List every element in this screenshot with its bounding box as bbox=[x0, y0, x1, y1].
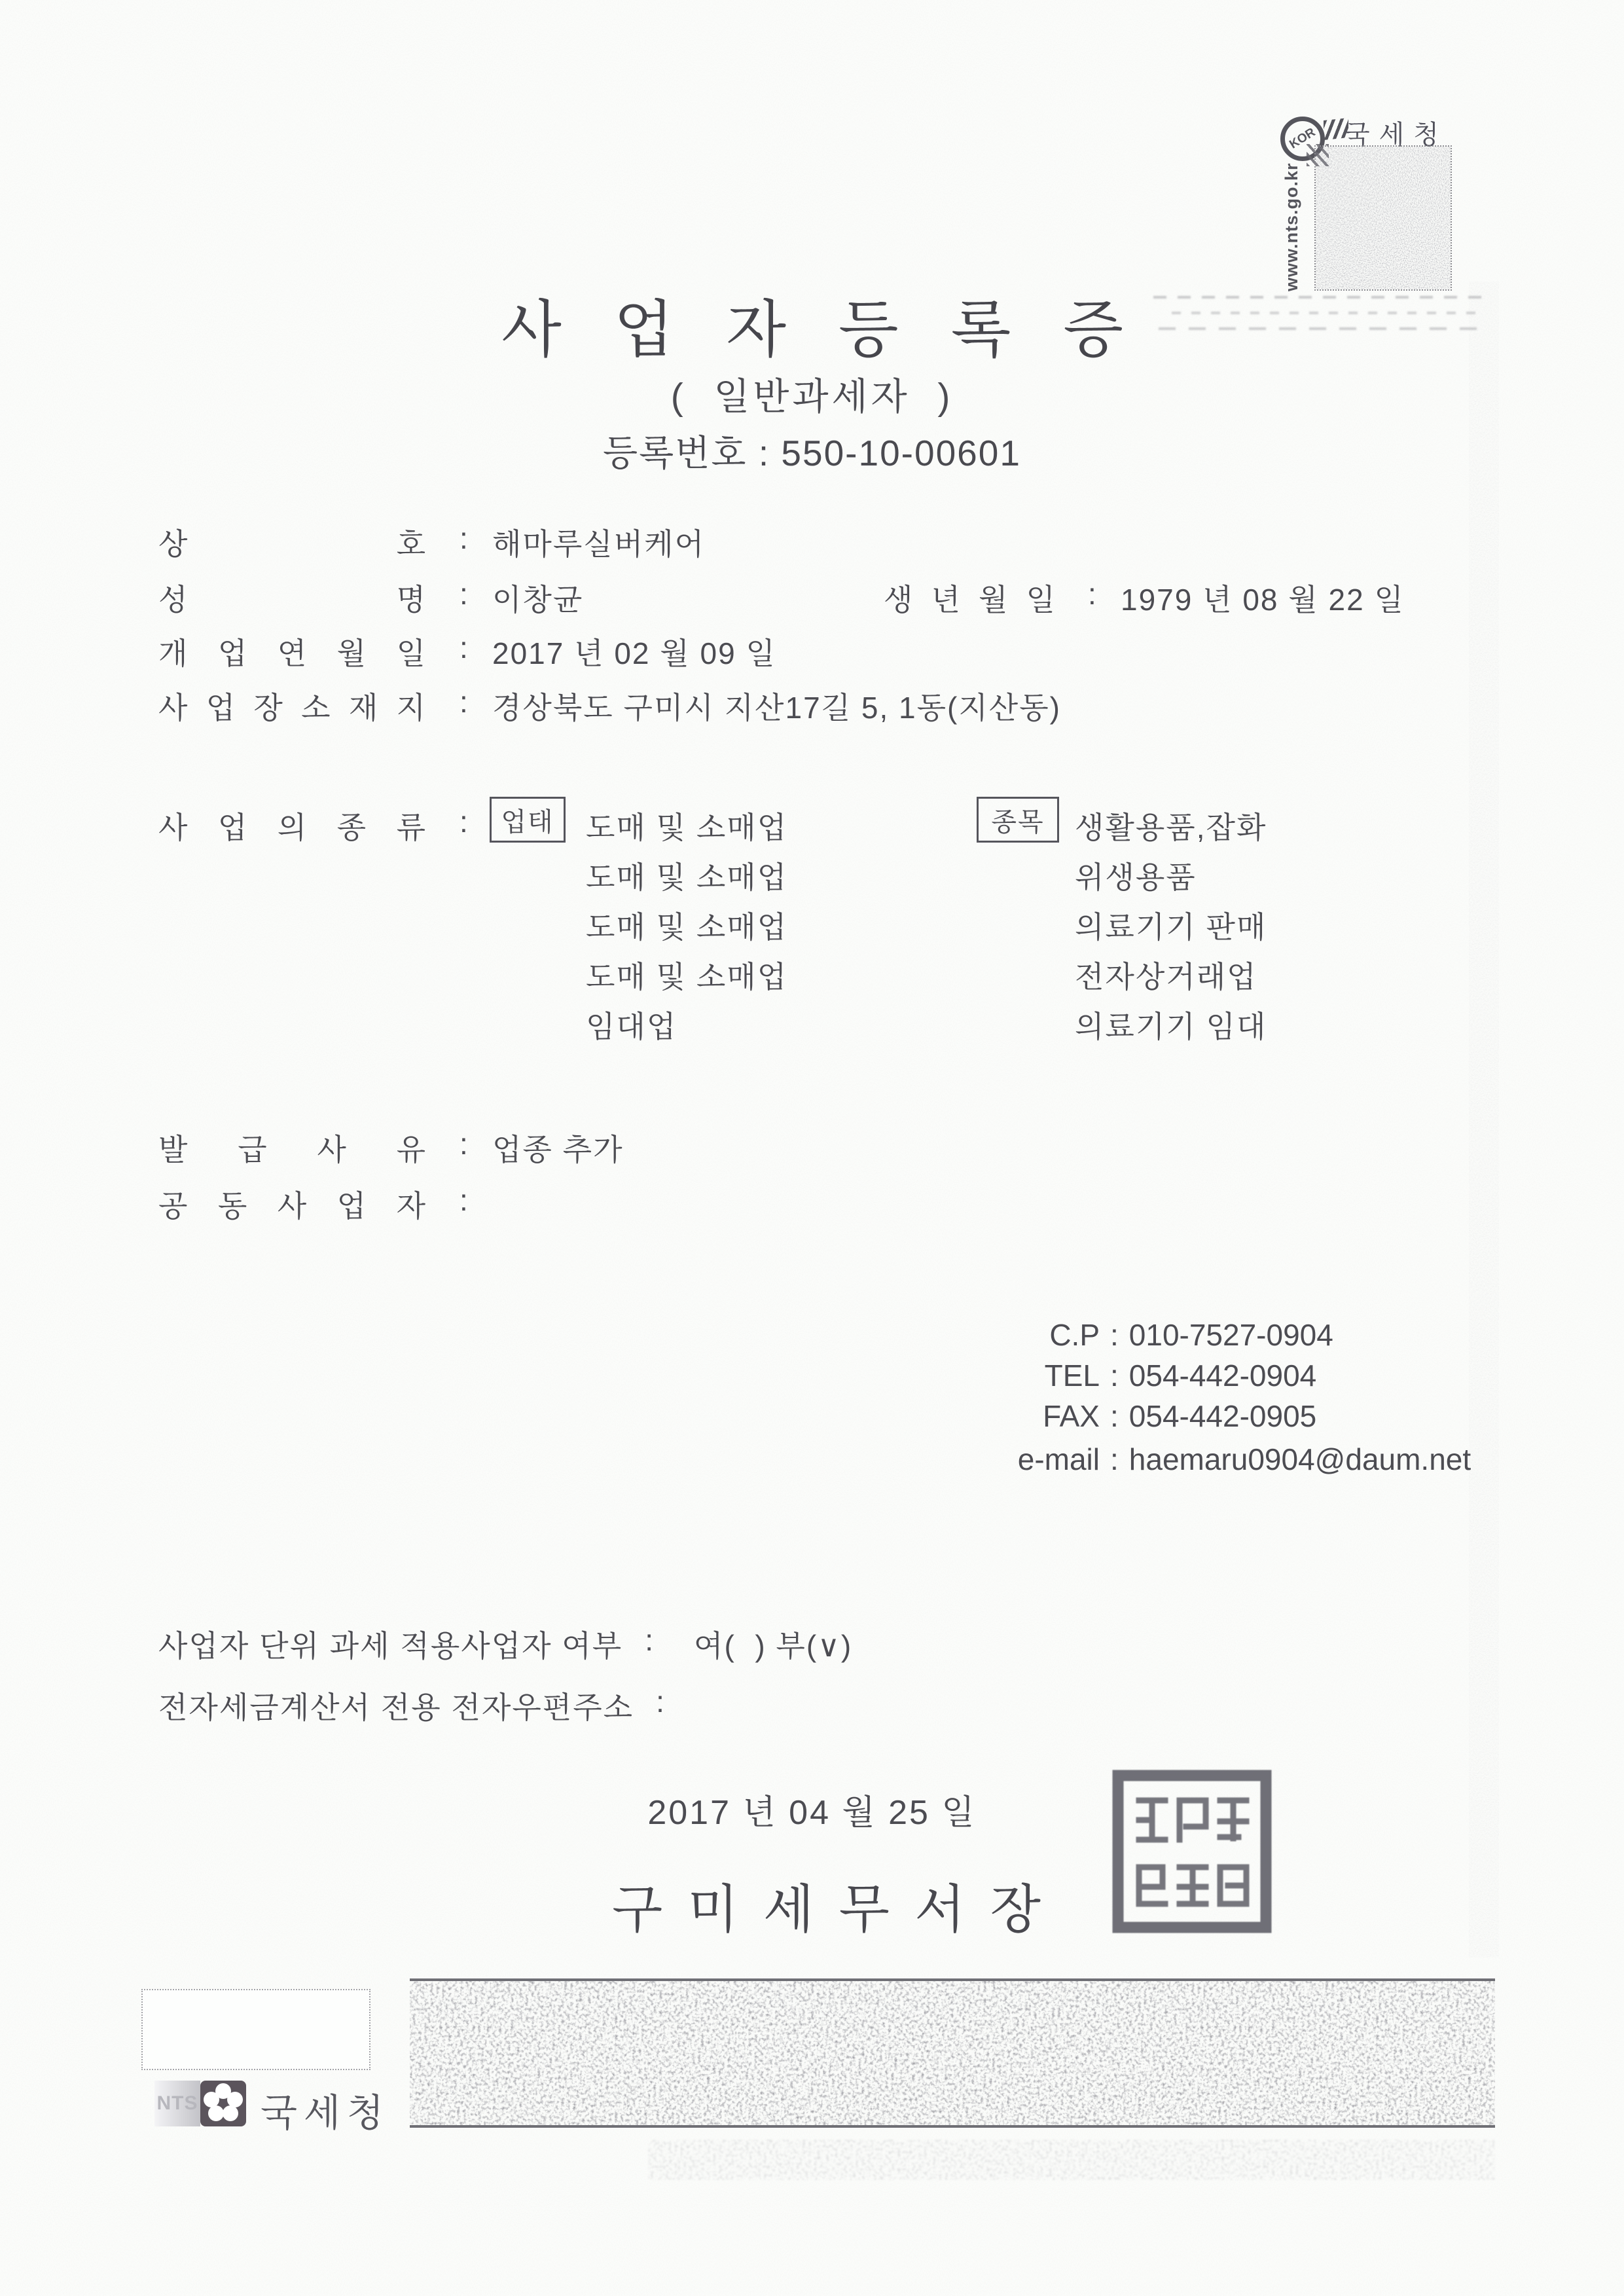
owner-name-label: 성명 bbox=[158, 576, 425, 619]
co-owner-label: 공동사업자 bbox=[158, 1182, 425, 1226]
owner-name-value: 이창균 bbox=[492, 576, 583, 619]
scan-ghost-text-line bbox=[1159, 327, 1479, 330]
colon: : bbox=[1088, 576, 1096, 611]
issue-reason-value: 업종 추가 bbox=[492, 1126, 624, 1169]
contact-tel-label: TEL bbox=[884, 1358, 1100, 1393]
colon: : bbox=[460, 576, 468, 611]
scan-edge-noise-strip bbox=[1469, 282, 1499, 1958]
issue-reason-label: 발급사유 bbox=[158, 1126, 425, 1169]
colon: : bbox=[460, 1182, 468, 1218]
security-pattern-band bbox=[410, 1978, 1495, 2128]
contact-email-row: e-mail:haemaru0904@daum.net bbox=[884, 1442, 1471, 1477]
einvoice-email-label: 전자세금계산서 전용 전자우편주소 bbox=[158, 1684, 634, 1727]
unit-taxation-value: 여( ) 부(∨) bbox=[655, 1622, 852, 1666]
colon: : bbox=[1100, 1442, 1129, 1477]
issue-date: 2017 년 04 월 25 일 bbox=[0, 1785, 1624, 1834]
contact-tel-row: TEL:054-442-0904 bbox=[884, 1358, 1316, 1393]
nts-logo-text: NTS bbox=[154, 2081, 200, 2126]
contact-cp-value: 010-7527-0904 bbox=[1129, 1317, 1333, 1353]
business-type-row: 도매 및 소매업 bbox=[586, 804, 787, 847]
business-registration-certificate: www.nts.go.kr KOR 국세청 사업자등록증 ( 일반과세자 ) 등… bbox=[0, 0, 1624, 2296]
contact-cp-label: C.P bbox=[884, 1317, 1100, 1353]
business-item-row: 전자상거래업 bbox=[1075, 953, 1257, 996]
nts-agency-name-bottom: 국세청 bbox=[261, 2082, 390, 2137]
business-type-row: 도매 및 소매업 bbox=[586, 854, 787, 897]
contact-email-value: haemaru0904@daum.net bbox=[1129, 1442, 1471, 1477]
business-type-row: 도매 및 소매업 bbox=[586, 903, 787, 947]
colon: : bbox=[1100, 1358, 1129, 1393]
registration-number-line: 등록번호 : 550-10-00601 bbox=[0, 424, 1624, 476]
colon: : bbox=[460, 630, 468, 665]
business-kind-label: 사업의종류 bbox=[158, 804, 425, 847]
nts-website-vertical-text: www.nts.go.kr bbox=[1282, 157, 1307, 291]
birth-date-value: 1979 년 08 월 22 일 bbox=[1121, 576, 1405, 619]
business-type-row: 임대업 bbox=[586, 1003, 677, 1046]
colon: : bbox=[1100, 1317, 1129, 1353]
einvoice-email-value bbox=[666, 1684, 705, 1727]
issuing-authority: 구미세무서장 bbox=[612, 1867, 1041, 1942]
contact-fax-row: FAX:054-442-0905 bbox=[884, 1398, 1316, 1434]
einvoice-email-row: 전자세금계산서 전용 전자우편주소: bbox=[158, 1684, 705, 1727]
unit-taxation-row: 사업자 단위 과세 적용사업자 여부:여( ) 부(∨) bbox=[158, 1622, 852, 1666]
scan-ghost-text-line bbox=[1153, 296, 1484, 299]
business-item-row: 의료기기 판매 bbox=[1075, 903, 1267, 947]
scan-ghost-text-line bbox=[1172, 312, 1479, 314]
contact-tel-value: 054-442-0904 bbox=[1129, 1358, 1316, 1393]
colon: : bbox=[460, 804, 468, 839]
colon: : bbox=[623, 1622, 655, 1666]
contact-fax-label: FAX bbox=[884, 1398, 1100, 1434]
business-item-row: 의료기기 임대 bbox=[1075, 1003, 1267, 1046]
trade-name-label: 상호 bbox=[158, 520, 425, 564]
certificate-title: 사업자등록증 bbox=[501, 280, 1123, 369]
scan-ghost-noise-strip bbox=[648, 2140, 1495, 2180]
business-item-header-box: 종목 bbox=[977, 797, 1059, 843]
business-type-row: 도매 및 소매업 bbox=[586, 953, 787, 996]
unit-taxation-label: 사업자 단위 과세 적용사업자 여부 bbox=[158, 1622, 623, 1666]
colon: : bbox=[460, 520, 468, 556]
opening-date-label: 개업연월일 bbox=[158, 630, 425, 673]
birth-date-label: 생년월일 bbox=[884, 576, 1055, 619]
business-address-value: 경상북도 구미시 지산17길 5, 1동(지산동) bbox=[492, 684, 1061, 727]
footer-blank-box bbox=[141, 1989, 370, 2070]
opening-date-value: 2017 년 02 월 09 일 bbox=[492, 630, 776, 673]
colon: : bbox=[1100, 1398, 1129, 1434]
contact-cp-row: C.P:010-7527-0904 bbox=[884, 1317, 1333, 1353]
taxpayer-type-subtitle: ( 일반과세자 ) bbox=[0, 367, 1624, 420]
trade-name-value: 해마루실버케어 bbox=[492, 520, 705, 564]
official-seal-stamp bbox=[1111, 1769, 1272, 1934]
business-item-row: 생활용품,잡화 bbox=[1075, 804, 1267, 847]
business-item-row: 위생용품 bbox=[1075, 854, 1197, 897]
hologram-security-pattern bbox=[1314, 145, 1452, 291]
colon: : bbox=[634, 1684, 666, 1727]
colon: : bbox=[460, 1126, 468, 1161]
business-type-header-box: 업태 bbox=[490, 797, 566, 843]
colon: : bbox=[460, 684, 468, 720]
nts-blossom-logo-icon bbox=[200, 2081, 246, 2126]
business-address-label: 사업장소재지 bbox=[158, 684, 425, 727]
contact-fax-value: 054-442-0905 bbox=[1129, 1398, 1316, 1434]
contact-email-label: e-mail bbox=[884, 1442, 1100, 1477]
